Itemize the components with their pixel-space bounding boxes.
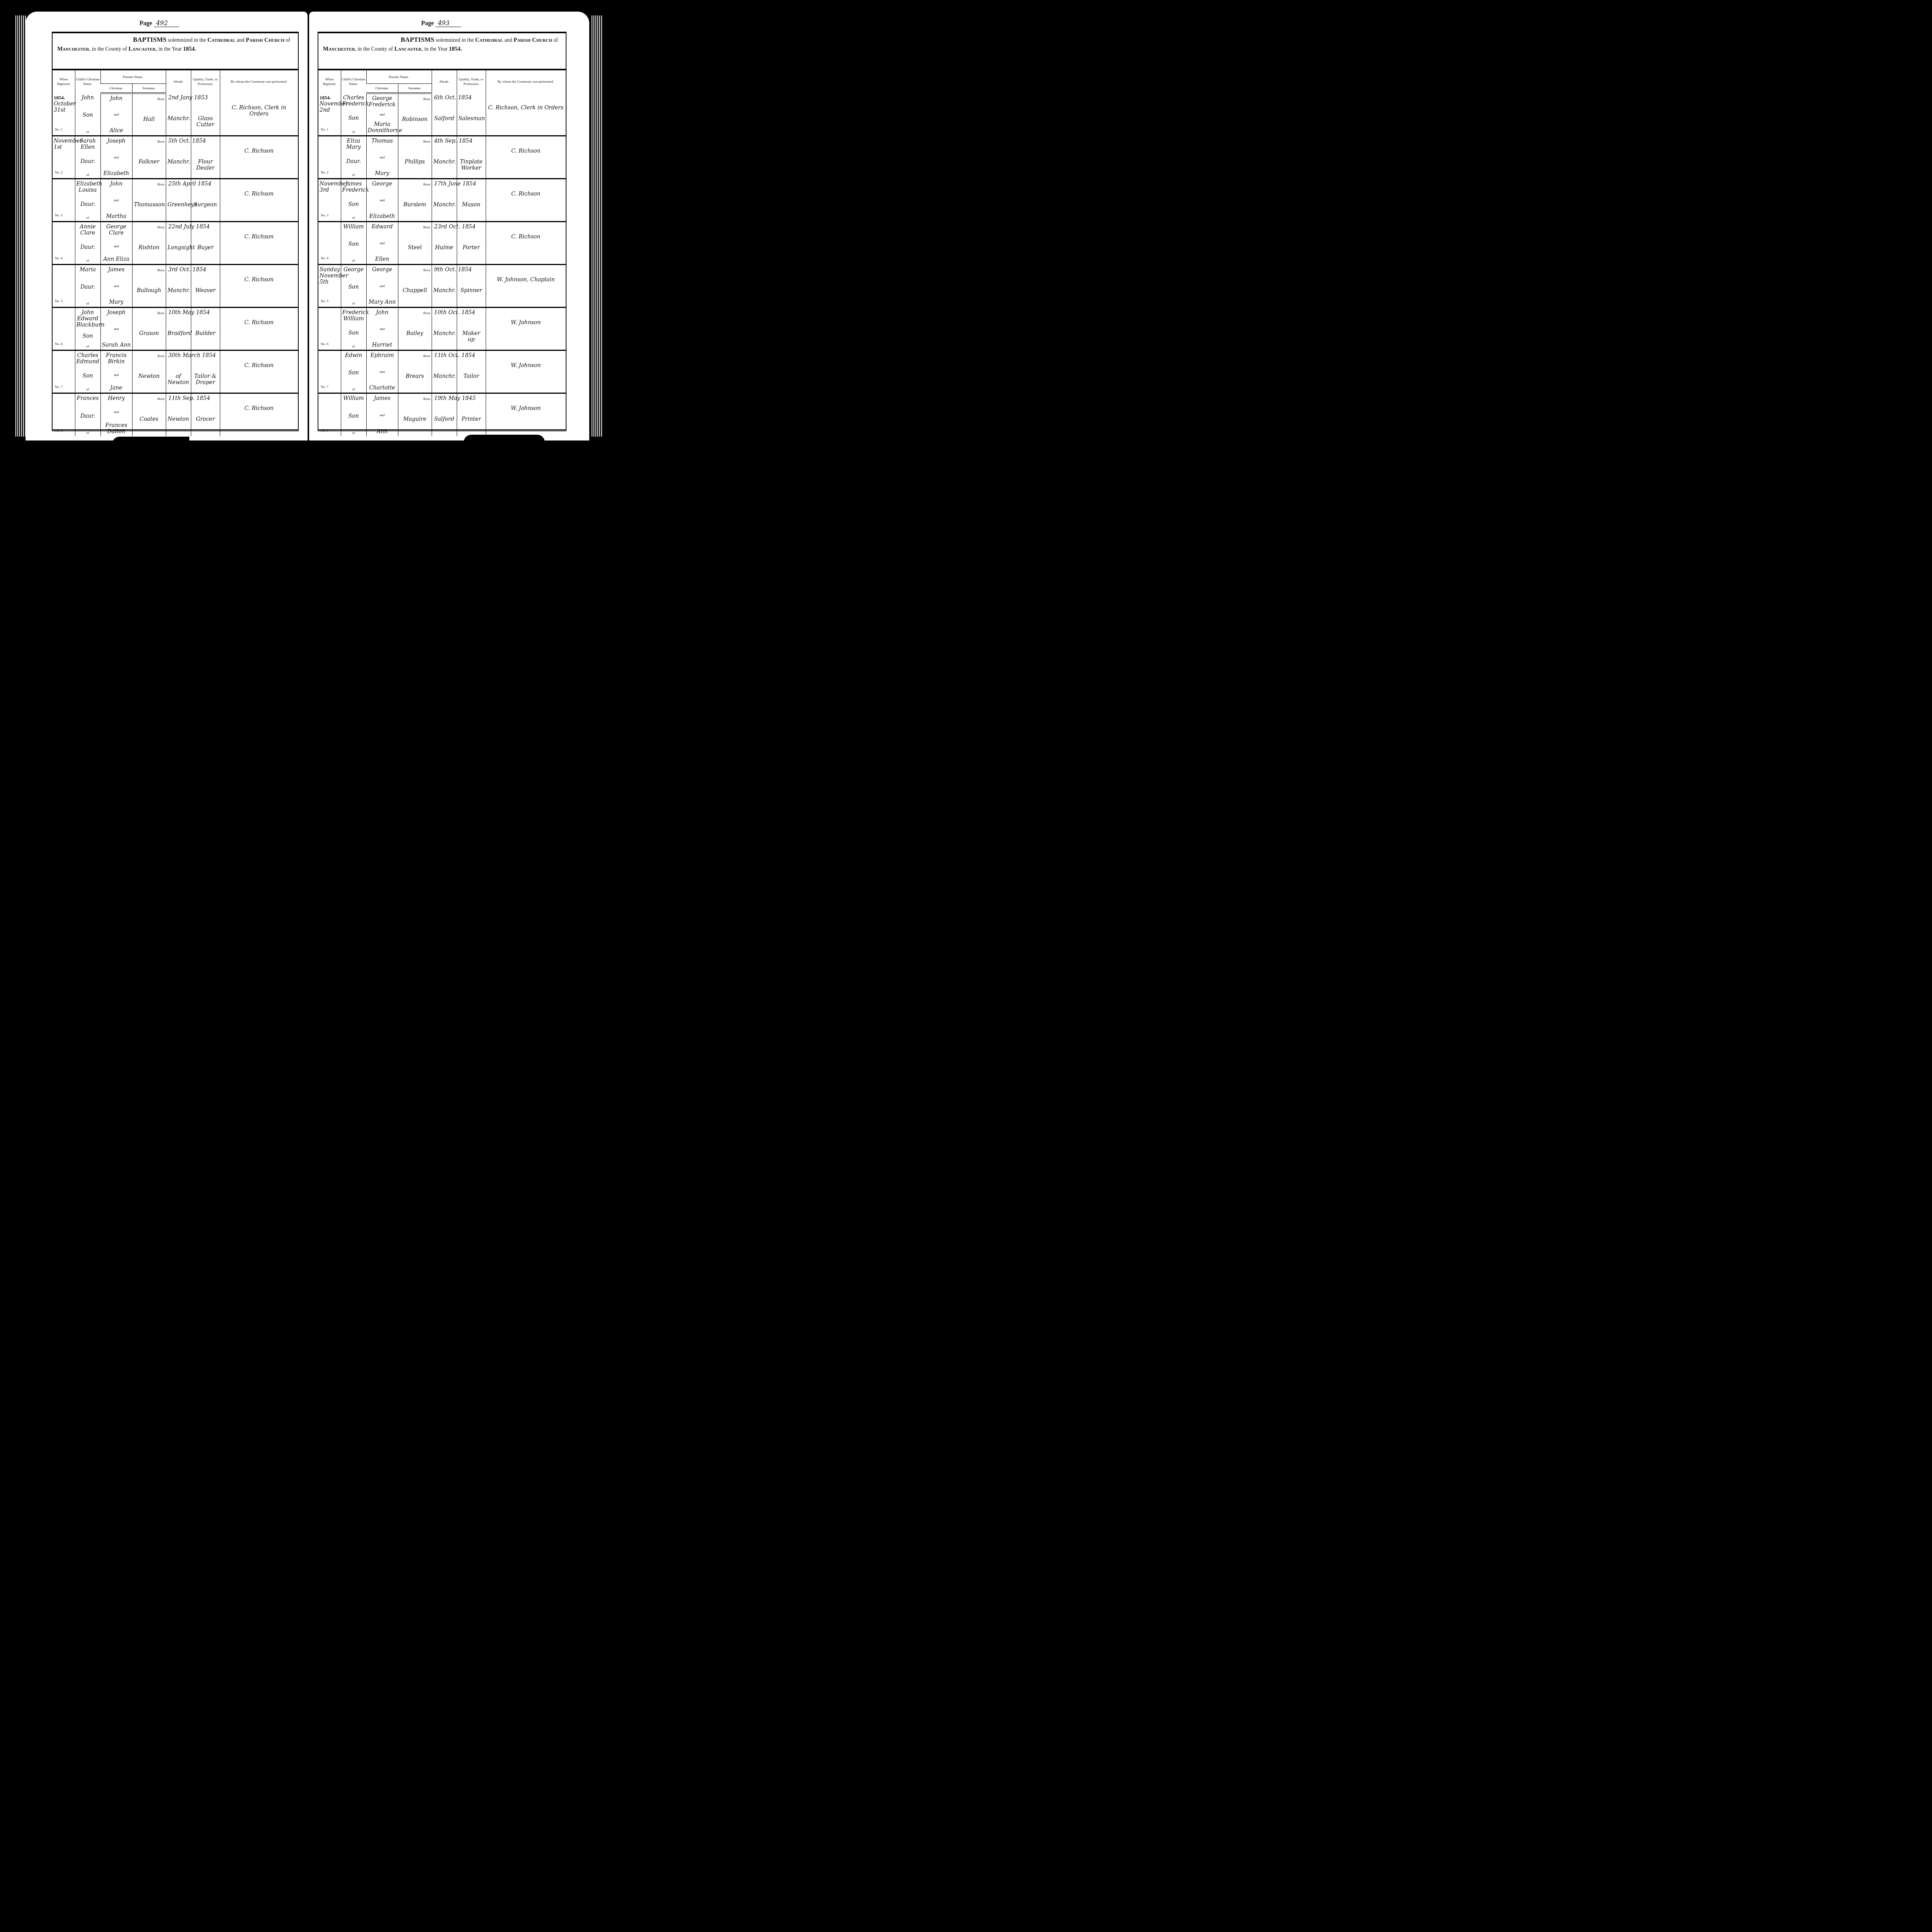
relation: Son bbox=[342, 115, 365, 121]
child-name: Sarah Ellen bbox=[77, 138, 99, 150]
parents-christian-cell: Edward and Ellen bbox=[366, 222, 398, 265]
relation: Daur. bbox=[77, 244, 99, 250]
officiant: C. Richson bbox=[222, 191, 296, 197]
mother-name: Martha bbox=[102, 213, 131, 219]
officiant-cell: C. Richson bbox=[220, 179, 298, 222]
relation: Daur. bbox=[77, 413, 99, 419]
of-label: of bbox=[77, 173, 99, 177]
parents-christian-cell: James and Ann bbox=[366, 393, 398, 436]
when-baptized-cell: No. 7 bbox=[318, 350, 341, 393]
of-label: of bbox=[342, 387, 365, 391]
relation: Son bbox=[342, 284, 365, 290]
col-officiant: By whom the Ceremony was performed. bbox=[220, 70, 298, 93]
trade: Tailor & Draper bbox=[193, 373, 218, 386]
baptism-entry: No. 5 Maria Daur. of James and Mary Born… bbox=[53, 265, 298, 308]
born-label: Born bbox=[423, 225, 430, 229]
surname: Grason bbox=[134, 330, 164, 337]
child-name: George bbox=[342, 267, 365, 273]
officiant-cell: W. Johnson bbox=[486, 350, 566, 393]
baptism-date: November 1st bbox=[54, 138, 74, 150]
officiant-cell: W. Johnson bbox=[486, 308, 566, 350]
officiant: W. Johnson bbox=[488, 362, 564, 369]
father-name: Ephraim bbox=[368, 352, 397, 359]
page-number-value: 493 bbox=[435, 19, 461, 27]
abode: Manchr. bbox=[434, 287, 455, 294]
abode-cell: 19th May 1845 Salford bbox=[432, 393, 457, 436]
father-name: John bbox=[102, 181, 131, 187]
surname-cell: Born Robinson bbox=[398, 93, 432, 136]
heading-text: , in the County of bbox=[355, 46, 395, 52]
child-name-cell: Frances Daur. of bbox=[75, 393, 100, 436]
entry-number: No. 6 bbox=[55, 342, 63, 346]
child-name-cell: Edwin Son of bbox=[341, 350, 366, 393]
baptism-entry: November 1st No. 2 Sarah Ellen Daur. of … bbox=[53, 136, 298, 179]
of-label: of bbox=[77, 130, 99, 134]
abode: of Newton bbox=[168, 373, 189, 386]
trade: Tinplate Worker bbox=[459, 159, 484, 171]
of-label: of bbox=[77, 259, 99, 262]
relation: Son bbox=[342, 413, 365, 419]
trade: Porter bbox=[459, 245, 484, 251]
heading-text: of bbox=[284, 37, 290, 43]
heading-text: solemnized in the bbox=[434, 37, 475, 43]
surname: Burslem bbox=[400, 202, 430, 208]
when-baptized-cell: No. 3 bbox=[53, 179, 75, 222]
child-name: Frederick William bbox=[342, 310, 365, 322]
when-baptized-cell: No. 8 bbox=[318, 393, 341, 436]
baptism-date: October 31st bbox=[54, 101, 74, 113]
entry-number: No. 2 bbox=[321, 170, 328, 174]
trade: Surgeon bbox=[193, 202, 218, 208]
heading-text: of bbox=[552, 37, 558, 43]
relation: Daur. bbox=[77, 284, 99, 290]
father-name: Francis Birkin bbox=[102, 352, 131, 365]
surname-cell: Born Bullough bbox=[132, 265, 166, 308]
trade: Maker up bbox=[459, 330, 484, 343]
child-name-cell: Charles Frederick Son of bbox=[341, 93, 366, 136]
surname: Hall bbox=[134, 116, 164, 122]
born-label: Born bbox=[423, 354, 430, 358]
abode-cell: 17th June 1854 Manchr. bbox=[432, 179, 457, 222]
officiant-cell: C. Richson bbox=[220, 265, 298, 308]
entry-number: No. 7 bbox=[55, 385, 63, 389]
mother-name: Charlotte bbox=[368, 385, 397, 391]
abode-cell: 5th Oct. 1854 Manchr. bbox=[166, 136, 191, 179]
register-grid: When Baptized. Child's Christian Name. P… bbox=[53, 69, 298, 436]
surname-cell: Born Maguire bbox=[398, 393, 432, 436]
birth-date: 5th Oct. 1854 bbox=[168, 138, 206, 144]
abode: Longsight bbox=[168, 245, 189, 251]
heading-text: and bbox=[235, 37, 246, 43]
officiant-cell: C. Richson bbox=[486, 222, 566, 265]
child-name-cell: William Son of bbox=[341, 222, 366, 265]
entry-number: No. 6 bbox=[321, 342, 328, 346]
col-parent-surname: Surname. bbox=[132, 83, 166, 93]
mother-name: Harriet bbox=[368, 342, 397, 348]
page-number-value: 492 bbox=[154, 19, 180, 27]
born-label: Born bbox=[158, 268, 165, 272]
heading-text: and bbox=[503, 37, 514, 43]
child-name-cell: Elizabeth Louisa Daur. of bbox=[75, 179, 100, 222]
page-holder-clip-left bbox=[112, 437, 189, 454]
father-name: Edward bbox=[368, 224, 397, 230]
parents-christian-cell: George and Elizabeth bbox=[366, 179, 398, 222]
relation: Son bbox=[342, 201, 365, 207]
of-label: of bbox=[342, 301, 365, 305]
child-name: Charles Edmund bbox=[77, 352, 99, 365]
father-name: James bbox=[102, 267, 131, 273]
birth-date: 2nd Jany 1853 bbox=[168, 95, 208, 101]
trade: Printer bbox=[459, 416, 484, 422]
relation: Son bbox=[342, 330, 365, 336]
parents-christian-cell: Henry and Frances Dalton bbox=[100, 393, 132, 436]
surname-cell: Born Burslem bbox=[398, 179, 432, 222]
officiant-cell: C. Richson, Clerk in Orders bbox=[220, 93, 298, 136]
officiant-cell: W. Johnson, Chaplain bbox=[486, 265, 566, 308]
and-label: and bbox=[368, 155, 397, 159]
abode-cell: 6th Oct. 1854 Salford bbox=[432, 93, 457, 136]
child-name-cell: John Son of bbox=[75, 93, 100, 136]
entry-number: No. 7 bbox=[321, 385, 328, 389]
baptism-entry: No. 7 Edwin Son of Ephraim and Charlotte… bbox=[318, 350, 566, 393]
heading-text: solemnized in the bbox=[167, 37, 207, 43]
parents-christian-cell: George Frederick and Maria Donnithorne bbox=[366, 93, 398, 136]
parents-christian-cell: Ephraim and Charlotte bbox=[366, 350, 398, 393]
abode: Salford bbox=[434, 416, 455, 422]
officiant: C. Richson bbox=[222, 277, 296, 283]
trade: Tailor bbox=[459, 373, 484, 379]
baptism-entry: No. 6 John Edward Blackburn Son of Josep… bbox=[53, 308, 298, 350]
and-label: and bbox=[102, 112, 131, 116]
child-name: Maria bbox=[77, 267, 99, 273]
trade: Salesman bbox=[459, 116, 484, 122]
entry-number: No. 3 bbox=[55, 213, 63, 217]
trade: Glass Cutter bbox=[193, 116, 218, 128]
abode: Manchr. bbox=[168, 287, 189, 294]
page-label: Page bbox=[139, 20, 152, 27]
parents-christian-cell: George Clare and Ann Eliza bbox=[100, 222, 132, 265]
and-label: and bbox=[368, 327, 397, 331]
page-edges-right bbox=[590, 15, 602, 437]
when-baptized-cell: November 1st No. 2 bbox=[53, 136, 75, 179]
heading-baptisms: BAPTISMS bbox=[133, 36, 167, 43]
parents-christian-cell: Thomas and Mary bbox=[366, 136, 398, 179]
child-name-cell: John Edward Blackburn Son of bbox=[75, 308, 100, 350]
abode: Manchr. bbox=[434, 202, 455, 208]
and-label: and bbox=[368, 284, 397, 288]
mother-name: Elizabeth bbox=[368, 213, 397, 219]
child-name: John Edward Blackburn bbox=[77, 310, 99, 328]
of-label: of bbox=[342, 259, 365, 262]
baptism-entry: No. 8 Frances Daur. of Henry and Frances… bbox=[53, 393, 298, 436]
birth-date: 23rd Oct. 1854 bbox=[434, 224, 476, 230]
col-abode: Abode. bbox=[432, 70, 457, 93]
birth-date: 11th Sep. 1854 bbox=[168, 395, 210, 401]
birth-date: 30th March 1854 bbox=[168, 352, 216, 359]
book-edge-right bbox=[588, 0, 606, 454]
birth-date: 25th April 1854 bbox=[168, 181, 212, 187]
relation: Daur. bbox=[77, 201, 99, 207]
officiant-cell: C. Richson bbox=[486, 136, 566, 179]
mother-name: Mary bbox=[102, 299, 131, 305]
surname-cell: Born Newton bbox=[132, 350, 166, 393]
child-name: John bbox=[77, 95, 99, 101]
abode: Manchr. bbox=[434, 330, 455, 337]
born-label: Born bbox=[158, 397, 165, 401]
when-baptized-cell: 1854. October 31st No. 1 bbox=[53, 93, 75, 136]
born-label: Born bbox=[423, 397, 430, 401]
baptism-entry: Sunday November 5th No. 5 George Son of … bbox=[318, 265, 566, 308]
heading-manchester: Manchester bbox=[57, 46, 89, 52]
child-name-cell: Maria Daur. of bbox=[75, 265, 100, 308]
heading-parish-church: Parish Church bbox=[514, 37, 552, 43]
abode-cell: 25th April 1854 Greenheys bbox=[166, 179, 191, 222]
child-name: William bbox=[342, 395, 365, 401]
col-parents-name: Parents Name. bbox=[100, 70, 166, 83]
surname-cell: Born Chappell bbox=[398, 265, 432, 308]
birth-date: 22nd July 1854 bbox=[168, 224, 210, 230]
trade: Builder bbox=[193, 330, 218, 337]
entry-number: No. 1 bbox=[55, 128, 63, 131]
child-name-cell: George Son of bbox=[341, 265, 366, 308]
heading-cathedral: Cathedral bbox=[475, 37, 503, 43]
col-parent-christian: Christian. bbox=[366, 83, 398, 93]
officiant: W. Johnson, Chaplain bbox=[488, 277, 564, 283]
abode-cell: 3rd Oct. 1854 Manchr. bbox=[166, 265, 191, 308]
page-holder-clip-right bbox=[464, 435, 545, 454]
entry-number: No. 1 bbox=[321, 128, 328, 131]
heading-lancaster: Lancaster bbox=[395, 46, 422, 52]
mother-name: Sarah Ann bbox=[102, 342, 131, 348]
heading-manchester: Manchester bbox=[323, 46, 355, 52]
entry-year: 1854. bbox=[54, 95, 74, 101]
baptism-date: November 2nd bbox=[320, 101, 340, 113]
abode: Hulme bbox=[434, 245, 455, 251]
entry-number: No. 4 bbox=[55, 256, 63, 260]
entry-number: No. 8 bbox=[55, 429, 63, 432]
parents-christian-cell: Francis Birkin and Jane bbox=[100, 350, 132, 393]
abode: Newton bbox=[168, 416, 189, 422]
when-baptized-cell: November 3rd No. 3 bbox=[318, 179, 341, 222]
and-label: and bbox=[102, 373, 131, 377]
birth-date: 9th Oct. 1854 bbox=[434, 267, 472, 273]
abode-cell: 11th Oct. 1854 Manchr. bbox=[432, 350, 457, 393]
trade: Weaver bbox=[193, 287, 218, 294]
officiant-cell: C. Richson bbox=[220, 308, 298, 350]
heading-text: , in the County of bbox=[89, 46, 129, 52]
father-name: John bbox=[368, 310, 397, 316]
officiant-cell: W. Johnson bbox=[486, 393, 566, 436]
abode: Bradford bbox=[168, 330, 189, 337]
surname-cell: Born Coates bbox=[132, 393, 166, 436]
of-label: of bbox=[342, 130, 365, 134]
officiant: C. Richson, Clerk in Orders bbox=[222, 105, 296, 117]
entry-number: No. 3 bbox=[321, 213, 328, 217]
when-baptized-cell: No. 6 bbox=[318, 308, 341, 350]
birth-date: 19th May 1845 bbox=[434, 395, 476, 401]
child-name: Frances bbox=[77, 395, 99, 401]
relation: Son bbox=[342, 370, 365, 376]
when-baptized-cell: No. 8 bbox=[53, 393, 75, 436]
baptism-entry: No. 8 William Son of James and Ann Born … bbox=[318, 393, 566, 436]
surname-cell: Born Falkner bbox=[132, 136, 166, 179]
of-label: of bbox=[77, 216, 99, 219]
surname: Phillips bbox=[400, 159, 430, 165]
page-number: Page 493 bbox=[421, 19, 461, 27]
born-label: Born bbox=[423, 182, 430, 186]
mother-name: Frances Dalton bbox=[102, 422, 131, 435]
and-label: and bbox=[102, 198, 131, 202]
of-label: of bbox=[342, 173, 365, 177]
officiant: C. Richson bbox=[222, 148, 296, 154]
mother-name: Ann bbox=[368, 429, 397, 435]
and-label: and bbox=[102, 327, 131, 331]
baptism-entry: November 3rd No. 3 James Frederick Son o… bbox=[318, 179, 566, 222]
surname-cell: Born Rishton bbox=[132, 222, 166, 265]
surname-cell: Born Phillips bbox=[398, 136, 432, 179]
officiant-cell: C. Richson bbox=[220, 393, 298, 436]
and-label: and bbox=[102, 410, 131, 414]
born-label: Born bbox=[423, 311, 430, 315]
parents-christian-cell: John and Harriet bbox=[366, 308, 398, 350]
birth-date: 6th Oct. 1854 bbox=[434, 95, 472, 101]
when-baptized-cell: Sunday November 5th No. 5 bbox=[318, 265, 341, 308]
born-label: Born bbox=[158, 354, 165, 358]
heading-parish-church: Parish Church bbox=[246, 37, 284, 43]
register-heading: BAPTISMS solemnized in the Cathedral and… bbox=[318, 33, 566, 69]
trade: Buyer bbox=[193, 245, 218, 251]
surname-cell: Born Hall bbox=[132, 93, 166, 136]
officiant: C. Richson bbox=[488, 191, 564, 197]
child-name-cell: Charles Edmund Son of bbox=[75, 350, 100, 393]
abode-cell: 9th Oct. 1854 Manchr. bbox=[432, 265, 457, 308]
surname: Bailey bbox=[400, 330, 430, 337]
baptism-register-table: BAPTISMS solemnized in the Cathedral and… bbox=[52, 32, 299, 431]
baptism-entry: No. 3 Elizabeth Louisa Daur. of John and… bbox=[53, 179, 298, 222]
father-name: Joseph bbox=[102, 310, 131, 316]
col-quality-trade: Quality, Trade, or Profession. bbox=[191, 70, 220, 93]
mother-name: Ellen bbox=[368, 256, 397, 262]
surname: Maguire bbox=[400, 416, 430, 422]
abode: Manchr. bbox=[434, 373, 455, 379]
abode-cell: 10th May 1854 Bradford bbox=[166, 308, 191, 350]
officiant-cell: C. Richson bbox=[220, 350, 298, 393]
child-name: Elizabeth Louisa bbox=[77, 181, 99, 193]
mother-name: Ann Eliza bbox=[102, 256, 131, 262]
born-label: Born bbox=[423, 268, 430, 272]
and-label: and bbox=[368, 370, 397, 374]
officiant: C. Richson bbox=[222, 362, 296, 369]
entry-number: No. 2 bbox=[55, 170, 63, 174]
parents-christian-cell: Joseph and Elizabeth bbox=[100, 136, 132, 179]
birth-date: 10th May 1854 bbox=[168, 310, 210, 316]
father-name: George bbox=[368, 267, 397, 273]
child-name: James Frederick bbox=[342, 181, 365, 193]
baptism-entry: 1854. October 31st No. 1 John Son of Joh… bbox=[53, 93, 298, 136]
surname-cell: Born Steel bbox=[398, 222, 432, 265]
surname-cell: Born Thomasson bbox=[132, 179, 166, 222]
father-name: Henry bbox=[102, 395, 131, 401]
and-label: and bbox=[102, 284, 131, 288]
officiant-cell: C. Richson, Clerk in Orders bbox=[486, 93, 566, 136]
col-child-name: Child's Christian Name. bbox=[341, 70, 366, 93]
officiant: C. Richson, Clerk in Orders bbox=[488, 105, 564, 111]
register-grid: When Baptized. Child's Christian Name. P… bbox=[318, 69, 566, 436]
father-name: George bbox=[368, 181, 397, 187]
birth-date: 11th Oct. 1854 bbox=[434, 352, 475, 359]
relation: Son bbox=[77, 112, 99, 118]
parents-christian-cell: John and Alice bbox=[100, 93, 132, 136]
mother-name: Mary bbox=[368, 170, 397, 177]
born-label: Born bbox=[158, 97, 165, 101]
heading-text: , in the Year bbox=[422, 46, 449, 52]
surname: Bullough bbox=[134, 287, 164, 294]
father-name: James bbox=[368, 395, 397, 401]
officiant: C. Richson bbox=[222, 405, 296, 412]
heading-year: 1854. bbox=[183, 46, 196, 52]
abode-cell: 10th Oct. 1854 Manchr. bbox=[432, 308, 457, 350]
when-baptized-cell: 1854. November 2nd No. 1 bbox=[318, 93, 341, 136]
abode: Manchr. bbox=[168, 159, 189, 165]
surname: Chappell bbox=[400, 287, 430, 294]
surname: Steel bbox=[400, 245, 430, 251]
child-name: Annie Clare bbox=[77, 224, 99, 236]
born-label: Born bbox=[158, 182, 165, 186]
father-name: Joseph bbox=[102, 138, 131, 144]
parents-christian-cell: Joseph and Sarah Ann bbox=[100, 308, 132, 350]
of-label: of bbox=[77, 431, 99, 435]
child-name-cell: Sarah Ellen Daur. of bbox=[75, 136, 100, 179]
when-baptized-cell: No. 4 bbox=[318, 222, 341, 265]
relation: Son bbox=[77, 373, 99, 379]
surname: Newton bbox=[134, 373, 164, 379]
parents-christian-cell: James and Mary bbox=[100, 265, 132, 308]
heading-baptisms: BAPTISMS bbox=[401, 36, 434, 43]
when-baptized-cell: No. 5 bbox=[53, 265, 75, 308]
officiant: C. Richson bbox=[222, 320, 296, 326]
relation: Daur. bbox=[77, 158, 99, 165]
baptism-entry: No. 6 Frederick William Son of John and … bbox=[318, 308, 566, 350]
surname-cell: Born Grason bbox=[132, 308, 166, 350]
baptism-entry: No. 4 William Son of Edward and Ellen Bo… bbox=[318, 222, 566, 265]
col-child-name: Child's Christian Name. bbox=[75, 70, 100, 93]
mother-name: Jane bbox=[102, 385, 131, 391]
surname: Rishton bbox=[134, 245, 164, 251]
baptism-entry: 1854. November 2nd No. 1 Charles Frederi… bbox=[318, 93, 566, 136]
of-label: of bbox=[342, 216, 365, 219]
father-name: George Frederick bbox=[368, 95, 397, 108]
book-edge-left bbox=[0, 0, 27, 454]
trade: Flour Dealer bbox=[193, 159, 218, 171]
surname: Falkner bbox=[134, 159, 164, 165]
abode-cell: 2nd Jany 1853 Manchr. bbox=[166, 93, 191, 136]
col-when-baptized: When Baptized. bbox=[53, 70, 75, 93]
col-parent-christian: Christian. bbox=[100, 83, 132, 93]
birth-date: 10th Oct. 1854 bbox=[434, 310, 475, 316]
child-name-cell: Frederick William Son of bbox=[341, 308, 366, 350]
parents-christian-cell: John and Martha bbox=[100, 179, 132, 222]
birth-date: 4th Sep. 1854 bbox=[434, 138, 473, 144]
baptism-date: November 3rd bbox=[320, 181, 340, 193]
child-name: Eliza Mary bbox=[342, 138, 365, 150]
officiant: C. Richson bbox=[222, 234, 296, 240]
mother-name: Alice bbox=[102, 128, 131, 134]
abode-cell: 30th March 1854 of Newton bbox=[166, 350, 191, 393]
abode: Manchr. bbox=[168, 116, 189, 122]
surname: Robinson bbox=[400, 116, 430, 122]
of-label: of bbox=[342, 344, 365, 348]
father-name: John bbox=[102, 95, 131, 102]
